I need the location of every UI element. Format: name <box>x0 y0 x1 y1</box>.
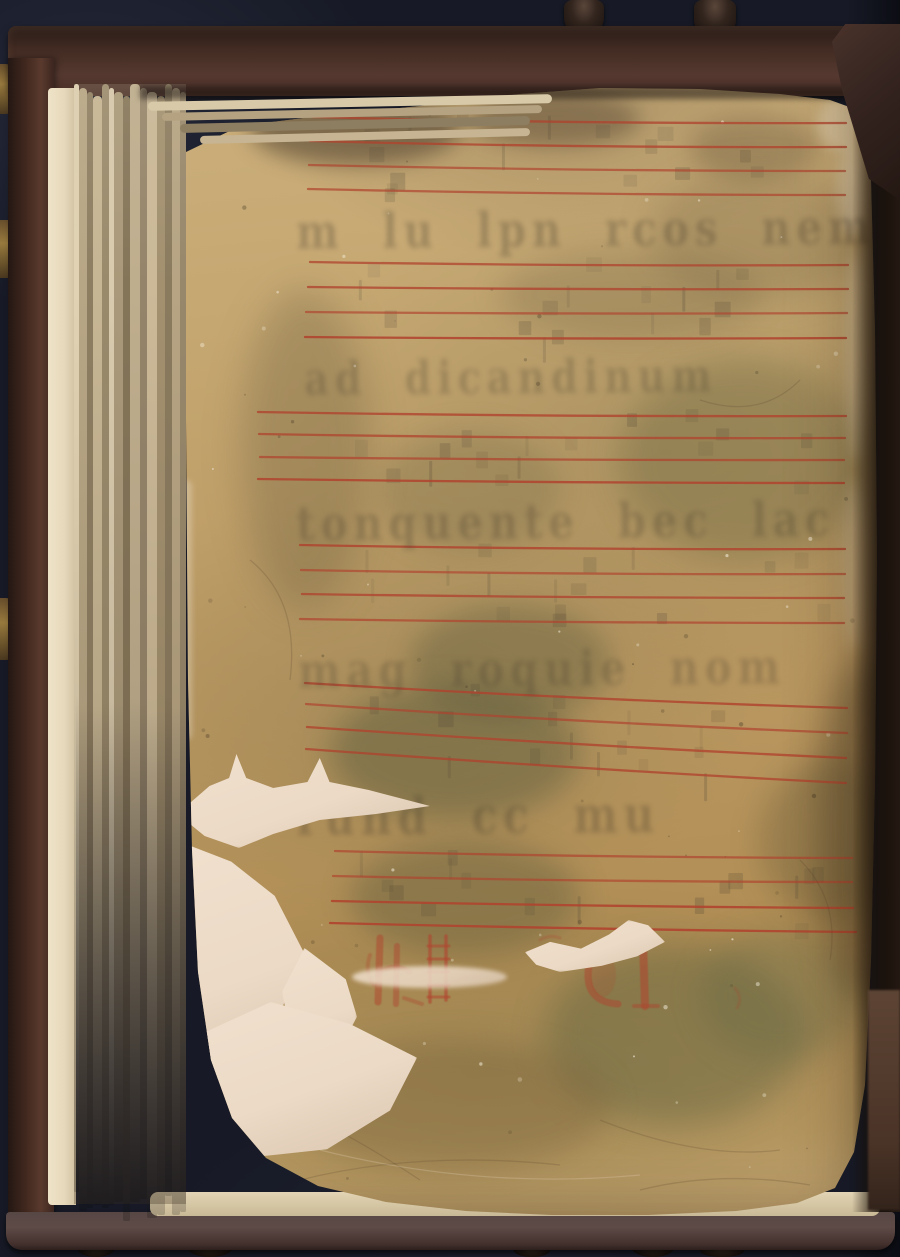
binding-leather-edge <box>868 990 900 1210</box>
binding-leather-bottom <box>6 1212 895 1250</box>
faded-script-line: mag roquie nom <box>298 639 786 700</box>
folio-edge <box>172 88 180 1215</box>
folio-edge <box>102 84 109 1208</box>
faded-script-line: tonquente bec lac <box>296 491 835 552</box>
folio-edge <box>147 92 157 1218</box>
tear-patch <box>352 966 507 988</box>
folio-edge <box>130 84 140 1202</box>
folio-edge <box>123 96 130 1221</box>
folio-edge <box>157 96 165 1215</box>
folio-edges-stack <box>74 84 186 1204</box>
flyleaf-edge <box>48 88 76 1205</box>
folio-edge <box>93 96 102 1205</box>
folio-edge <box>114 92 123 1202</box>
folio-edge <box>140 88 147 1199</box>
folio-edge <box>79 88 87 1211</box>
faded-script-line: ad dicandinum <box>304 348 718 406</box>
folio-edge <box>165 84 172 1196</box>
faded-script-line: m lu lpn rcos nem <box>296 199 877 260</box>
folio-edge <box>180 92 186 1212</box>
manuscript-photo: m lu lpn rcos nemad dicandinumtonquente … <box>0 0 900 1257</box>
